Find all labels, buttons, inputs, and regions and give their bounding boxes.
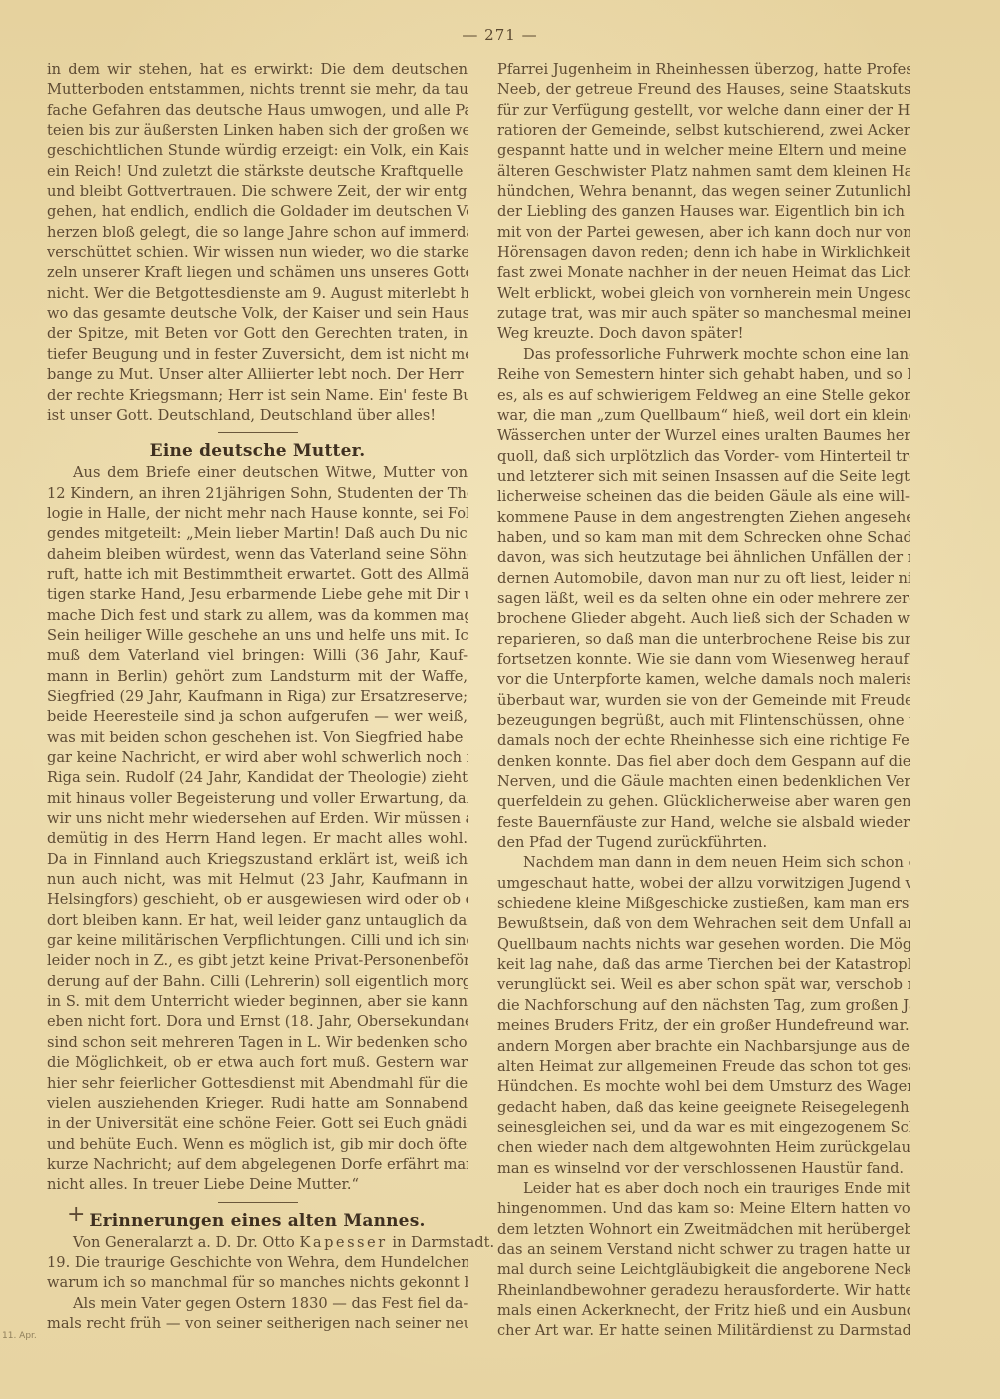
text-line: andern Morgen aber brachte ein Nachbarsj…	[497, 1037, 910, 1057]
paragraph: Das professorliche Fuhrwerk mochte schon…	[497, 345, 910, 854]
text-line: mals recht früh — von seiner seitherigen…	[47, 1314, 468, 1334]
text-line: mit hinaus voller Begeisterung und volle…	[47, 789, 468, 809]
text-line: demütig in des Herrn Hand legen. Er mach…	[47, 829, 468, 849]
text-line: derung auf der Bahn. Cilli (Lehrerin) so…	[47, 972, 468, 992]
article-body-eine-deutsche-mutter: Aus dem Briefe einer deutschen Witwe, Mu…	[47, 463, 468, 1195]
text-line: haben, und so kam man mit dem Schrecken …	[497, 528, 910, 548]
text-line: in dem wir stehen, hat es erwirkt: Die d…	[47, 60, 468, 80]
text-line: in der Universität eine schöne Feier. Go…	[47, 1114, 468, 1134]
text-line: nicht. Wer die Betgottesdienste am 9. Au…	[47, 284, 468, 304]
text-line: zutage trat, was mir auch später so manc…	[497, 304, 910, 324]
text-line: tigen starke Hand, Jesu erbarmende Liebe…	[47, 585, 468, 605]
text-line: Hündchen. Es mochte wohl bei dem Umsturz…	[497, 1077, 910, 1097]
handwritten-cross-mark: +	[67, 1205, 85, 1225]
article-body-erinnerungen: Als mein Vater gegen Ostern 1830 — das F…	[47, 1294, 468, 1335]
article-byline: Von Generalarzt a. D. Dr. Otto Kapesser …	[47, 1233, 468, 1253]
text-line: Reihe von Semestern hinter sich gehabt h…	[497, 365, 910, 385]
text-line: gehen, hat endlich, endlich die Goldader…	[47, 202, 468, 222]
text-line: quoll, daß sich urplötzlich das Vorder- …	[497, 447, 910, 467]
text-line: den Pfad der Tugend zurückführten.	[497, 833, 910, 853]
text-line: beide Heeresteile sind ja schon aufgeruf…	[47, 707, 468, 727]
text-line: nicht alles. In treuer Liebe Deine Mutte…	[47, 1175, 468, 1195]
text-line: damals noch der echte Rheinhesse sich ei…	[497, 731, 910, 751]
text-line: sind schon seit mehreren Tagen in L. Wir…	[47, 1033, 468, 1053]
text-line: Mutterboden entstammen, nichts trennt si…	[47, 80, 468, 100]
text-line: überbaut war, wurden sie von der Gemeind…	[497, 691, 910, 711]
text-line: Nachdem man dann in dem neuen Heim sich …	[497, 853, 910, 873]
text-line: dernen Automobile, davon man nur zu oft …	[497, 569, 910, 589]
text-line: Da in Finnland auch Kriegszustand erklär…	[47, 850, 468, 870]
text-line: chen wieder nach dem altgewohnten Heim z…	[497, 1138, 910, 1158]
text-line: ruft, hatte ich mit Bestimmtheit erwarte…	[47, 565, 468, 585]
text-line: leider noch in Z., es gibt jetzt keine P…	[47, 951, 468, 971]
text-line: Quellbaum nachts nichts war gesehen word…	[497, 935, 910, 955]
text-line: hündchen, Wehra benannt, das wegen seine…	[497, 182, 910, 202]
text-line: die Nachforschung auf den nächsten Tag, …	[497, 996, 910, 1016]
text-line: 19. Die traurige Geschichte von Wehra, d…	[47, 1253, 468, 1273]
text-line: daheim bleiben würdest, wenn das Vaterla…	[47, 545, 468, 565]
text-line: denken konnte. Das fiel aber doch dem Ge…	[497, 752, 910, 772]
text-line: Nerven, und die Gäule machten einen bede…	[497, 772, 910, 792]
handwritten-margin-note: 11. Apr.	[2, 1331, 37, 1341]
text-line: Sein heiliger Wille geschehe an uns und …	[47, 626, 468, 646]
text-line: Aus dem Briefe einer deutschen Witwe, Mu…	[47, 463, 468, 483]
byline-prefix: Von Generalarzt a. D. Dr. Otto	[73, 1234, 295, 1251]
text-line: Neeb, der getreue Freund des Hauses, sei…	[497, 80, 910, 100]
text-line: kurze Nachricht; auf dem abgelegenen Dor…	[47, 1155, 468, 1175]
text-line: Helsingfors) geschieht, ob er ausgewiese…	[47, 890, 468, 910]
text-line: was mit beiden schon geschehen ist. Von …	[47, 728, 468, 748]
text-line: mal durch seine Leichtgläubigkeit die an…	[497, 1260, 910, 1280]
text-line: Rheinlandbewohner geradezu herausfordert…	[497, 1281, 910, 1301]
text-line: es, als es auf schwierigem Feldweg an ei…	[497, 386, 910, 406]
text-line: sagen läßt, weil es da selten ohne ein o…	[497, 589, 910, 609]
text-line: seinesgleichen sei, und da war es mit ei…	[497, 1118, 910, 1138]
text-line: warum ich so manchmal für so manches nic…	[47, 1273, 468, 1293]
text-line: für zur Verfügung gestellt, vor welche d…	[497, 101, 910, 121]
text-line: verunglückt sei. Weil es aber schon spät…	[497, 975, 910, 995]
text-line: brochene Glieder abgeht. Auch ließ sich …	[497, 609, 910, 629]
text-line: reparieren, so daß man die unterbrochene…	[497, 630, 910, 650]
text-line: geschichtlichen Stunde würdig erzeigt: e…	[47, 141, 468, 161]
text-line: ein Reich! Und zuletzt die stärkste deut…	[47, 162, 468, 182]
text-line: in S. mit dem Unterricht wieder beginnen…	[47, 992, 468, 1012]
article-title-eine-deutsche-mutter: Eine deutsche Mutter.	[47, 439, 468, 463]
text-line: gendes mitgeteilt: „Mein lieber Martin! …	[47, 524, 468, 544]
text-line: hingenommen. Und das kam so: Meine Elter…	[497, 1199, 910, 1219]
text-line: und bleibt Gottvertrauen. Die schwere Ze…	[47, 182, 468, 202]
paragraph: Nachdem man dann in dem neuen Heim sich …	[497, 853, 910, 1179]
text-line: mals einen Ackerknecht, der Fritz hieß u…	[497, 1301, 910, 1321]
text-line: licherweise scheinen das die beiden Gäul…	[497, 487, 910, 507]
text-line: dort bleiben kann. Er hat, weil leider g…	[47, 911, 468, 931]
text-line: älteren Geschwister Platz nahmen samt de…	[497, 162, 910, 182]
section-closing-text: in dem wir stehen, hat es erwirkt: Die d…	[47, 60, 468, 426]
page-number: — 271 —	[0, 26, 1000, 44]
text-line: der Liebling des ganzen Hauses war. Eige…	[497, 202, 910, 222]
text-line: Welt erblickt, wobei gleich von vornhere…	[497, 284, 910, 304]
text-line: Leider hat es aber doch noch ein traurig…	[497, 1179, 910, 1199]
text-line: die Möglichkeit, ob er etwa auch fort mu…	[47, 1053, 468, 1073]
text-line: Bewußtsein, daß von dem Wehrachen seit d…	[497, 914, 910, 934]
text-line: hier sehr feierlicher Gottesdienst mit A…	[47, 1074, 468, 1094]
article-heading-erinnerungen: + Erinnerungen eines alten Mannes.	[47, 1209, 468, 1233]
text-line: war, die man „zum Quellbaum“ hieß, weil …	[497, 406, 910, 426]
text-line: kommene Pause in dem angestrengten Ziehe…	[497, 508, 910, 528]
text-line: und letzterer sich mit seinen Insassen a…	[497, 467, 910, 487]
text-line: ratioren der Gemeinde, selbst kutschiere…	[497, 121, 910, 141]
text-line: Riga sein. Rudolf (24 Jahr, Kandidat der…	[47, 768, 468, 788]
right-column: Pfarrei Jugenheim in Rheinhessen überzog…	[497, 60, 910, 1342]
text-line: Als mein Vater gegen Ostern 1830 — das F…	[47, 1294, 468, 1314]
paragraph: Pfarrei Jugenheim in Rheinhessen überzog…	[497, 60, 910, 345]
text-line: fortsetzen konnte. Wie sie dann vom Wies…	[497, 650, 910, 670]
text-line: cher Art war. Er hatte seinen Militärdie…	[497, 1321, 910, 1341]
text-line: der Spitze, mit Beten vor Gott den Gerec…	[47, 324, 468, 344]
text-line: Wässerchen unter der Wurzel eines uralte…	[497, 426, 910, 446]
text-line: mache Dich fest und stark zu allem, was …	[47, 606, 468, 626]
text-line: gar keine Nachricht, er wird aber wohl s…	[47, 748, 468, 768]
text-line: bange zu Mut. Unser alter Alliierter leb…	[47, 365, 468, 385]
text-line: und behüte Euch. Wenn es möglich ist, gi…	[47, 1135, 468, 1155]
text-line: fast zwei Monate nachher in der neuen He…	[497, 263, 910, 283]
text-line: fache Gefahren das deutsche Haus umwogen…	[47, 101, 468, 121]
text-line: herzen bloß gelegt, die so lange Jahre s…	[47, 223, 468, 243]
text-line: Das professorliche Fuhrwerk mochte schon…	[497, 345, 910, 365]
text-line: davon, was sich heutzutage bei ähnlichen…	[497, 548, 910, 568]
text-line: meines Bruders Fritz, der ein großer Hun…	[497, 1016, 910, 1036]
text-line: logie in Halle, der nicht mehr nach Haus…	[47, 504, 468, 524]
text-line: man es winselnd vor der verschlossenen H…	[497, 1159, 910, 1179]
text-line: vielen ausziehenden Krieger. Rudi hatte …	[47, 1094, 468, 1114]
text-line: bezeugungen begrüßt, auch mit Flintensch…	[497, 711, 910, 731]
article-subtitle: 19. Die traurige Geschichte von Wehra, d…	[47, 1253, 468, 1294]
text-line: teien bis zur äußersten Linken haben sic…	[47, 121, 468, 141]
text-line: 12 Kindern, an ihren 21jährigen Sohn, St…	[47, 484, 468, 504]
text-line: schiedene kleine Mißgeschicke zustießen,…	[497, 894, 910, 914]
text-line: muß dem Vaterland viel bringen: Willi (3…	[47, 646, 468, 666]
text-line: zeln unserer Kraft liegen und schämen un…	[47, 263, 468, 283]
text-line: gespannt hatte und in welcher meine Elte…	[497, 141, 910, 161]
text-line: ist unser Gott. Deutschland, Deutschland…	[47, 406, 468, 426]
text-line: Siegfried (29 Jahr, Kaufmann in Riga) zu…	[47, 687, 468, 707]
text-line: verschüttet schien. Wir wissen nun wiede…	[47, 243, 468, 263]
article-title-erinnerungen: Erinnerungen eines alten Mannes.	[47, 1209, 468, 1233]
text-line: nun auch nicht, was mit Helmut (23 Jahr,…	[47, 870, 468, 890]
text-line: gar keine militärischen Verpflichtungen.…	[47, 931, 468, 951]
text-line: feste Bauernfäuste zur Hand, welche sie …	[497, 813, 910, 833]
paragraph: Leider hat es aber doch noch ein traurig…	[497, 1179, 910, 1342]
text-line: keit lag nahe, daß das arme Tierchen bei…	[497, 955, 910, 975]
byline-author-name: Kapesser	[299, 1234, 387, 1251]
text-line: tiefer Beugung und in fester Zuversicht,…	[47, 345, 468, 365]
text-line: alten Heimat zur allgemeinen Freude das …	[497, 1057, 910, 1077]
text-line: Weg kreuzte. Doch davon später!	[497, 324, 910, 344]
text-line: eben nicht fort. Dora und Ernst (18. Jah…	[47, 1012, 468, 1032]
text-line: mit von der Partei gewesen, aber ich kan…	[497, 223, 910, 243]
section-divider	[218, 432, 298, 433]
text-line: das an seinem Verstand nicht schwer zu t…	[497, 1240, 910, 1260]
text-line: dem letzten Wohnort ein Zweitmädchen mit…	[497, 1220, 910, 1240]
text-line: vor die Unterpforte kamen, welche damals…	[497, 670, 910, 690]
text-line: umgeschaut hatte, wobei der allzu vorwit…	[497, 874, 910, 894]
text-line: Pfarrei Jugenheim in Rheinhessen überzog…	[497, 60, 910, 80]
byline-suffix: in Darmstadt.	[392, 1234, 494, 1251]
text-line: querfeldein zu gehen. Glücklicherweise a…	[497, 792, 910, 812]
text-line: mann in Berlin) gehört zum Landsturm mit…	[47, 667, 468, 687]
text-line: Hörensagen davon reden; denn ich habe in…	[497, 243, 910, 263]
left-column: in dem wir stehen, hat es erwirkt: Die d…	[47, 60, 468, 1334]
text-line: wir uns nicht mehr wiedersehen auf Erden…	[47, 809, 468, 829]
section-divider	[218, 1202, 298, 1203]
text-line: der rechte Kriegsmann; Herr ist sein Nam…	[47, 386, 468, 406]
text-line: wo das gesamte deutsche Volk, der Kaiser…	[47, 304, 468, 324]
text-line: gedacht haben, daß das keine geeignete R…	[497, 1098, 910, 1118]
